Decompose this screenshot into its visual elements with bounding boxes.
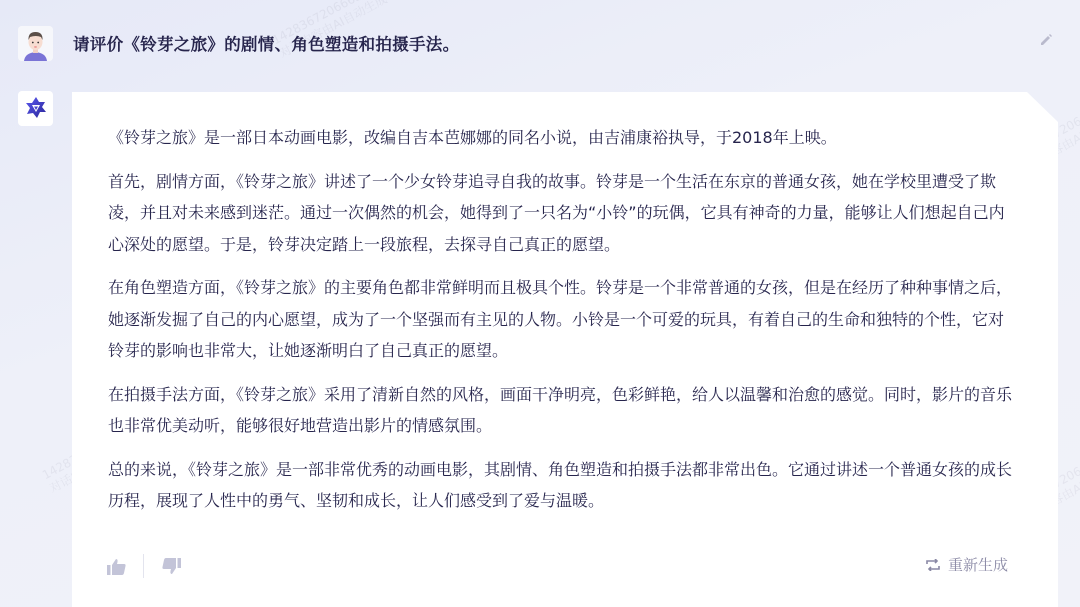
answer-text: 《铃芽之旅》是一部日本动画电影，改编自吉本芭娜娜的同名小说，由吉浦康裕执导，于2… <box>108 122 1013 529</box>
thumbs-down-icon <box>162 558 181 575</box>
hunyuan-logo-icon <box>18 91 53 126</box>
dislike-button[interactable] <box>161 556 181 576</box>
edit-question-button[interactable] <box>1038 32 1054 48</box>
regenerate-label: 重新生成 <box>948 554 1008 575</box>
feedback-bar <box>106 554 181 578</box>
divider <box>143 554 144 578</box>
answer-card: 《铃芽之旅》是一部日本动画电影，改编自吉本芭娜娜的同名小说，由吉浦康裕执导，于2… <box>72 92 1058 607</box>
refresh-icon <box>926 559 940 571</box>
answer-paragraph: 《铃芽之旅》是一部日本动画电影，改编自吉本芭娜娜的同名小说，由吉浦康裕执导，于2… <box>108 122 1013 154</box>
user-question: 请评价《铃芽之旅》的剧情、角色塑造和拍摄手法。 <box>73 31 459 55</box>
answer-paragraph: 总的来说，《铃芽之旅》是一部非常优秀的动画电影，其剧情、角色塑造和拍摄手法都非常… <box>108 454 1013 517</box>
regenerate-button[interactable]: 重新生成 <box>926 554 1008 575</box>
user-avatar-icon <box>18 26 53 61</box>
pencil-icon <box>1039 33 1053 47</box>
user-message-row: 请评价《铃芽之旅》的剧情、角色塑造和拍摄手法。 <box>18 25 1068 61</box>
like-button[interactable] <box>106 556 126 576</box>
answer-paragraph: 在角色塑造方面，《铃芽之旅》的主要角色都非常鲜明而且极具个性。铃芽是一个非常普通… <box>108 272 1013 367</box>
thumbs-up-icon <box>107 558 126 575</box>
answer-paragraph: 首先，剧情方面，《铃芽之旅》讲述了一个少女铃芽追寻自我的故事。铃芽是一个生活在东… <box>108 166 1013 261</box>
answer-paragraph: 在拍摄手法方面，《铃芽之旅》采用了清新自然的风格，画面干净明亮，色彩鲜艳，给人以… <box>108 379 1013 442</box>
